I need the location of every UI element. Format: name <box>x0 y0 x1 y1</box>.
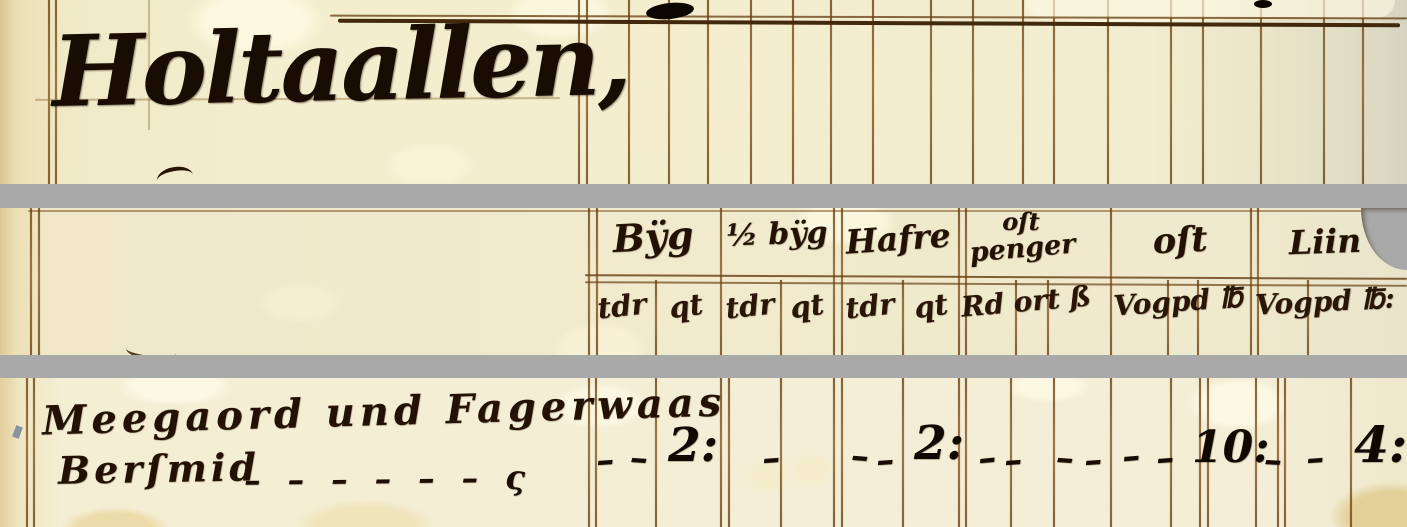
row-top-rule <box>28 210 1407 212</box>
column-rule <box>1362 0 1364 184</box>
column-rule <box>728 378 730 527</box>
paper-speck <box>12 425 23 439</box>
cell-mark: – <box>595 441 615 478</box>
column-rule <box>1110 378 1112 527</box>
separator-bar-1 <box>0 184 1407 208</box>
manuscript-scan: Holtaallen, Bÿg ½ bÿg Hafre oſt penger o… <box>0 0 1407 527</box>
subheader-ost-units: Vogpd ℔ <box>1103 283 1253 321</box>
column-rule <box>1053 0 1055 184</box>
column-header-ost: oſt <box>1109 219 1251 261</box>
column-rule <box>872 0 874 184</box>
column-rule <box>707 0 709 184</box>
column-header-hafre: Hafre <box>833 218 963 260</box>
subheader-hafre-qt: qt <box>900 288 961 325</box>
paper-torn-edge <box>1025 0 1395 18</box>
partial-stroke <box>125 339 177 355</box>
column-rule <box>750 0 752 184</box>
column-rule <box>841 378 843 527</box>
column-rule <box>830 0 832 184</box>
manuscript-strip-entry-row: Meegaord und Fagerwaas Berſmid ––––––ς –… <box>0 378 1407 527</box>
subheader-byg-tdr: tdr <box>589 289 656 325</box>
cell-mark: – <box>629 439 649 476</box>
value-liin: 4: <box>1354 420 1407 470</box>
column-rule <box>1022 0 1024 184</box>
value-byg-qt: 2: <box>668 422 718 469</box>
column-rule <box>48 0 50 184</box>
entry-name-line1: Meegaord und Fagerwaas <box>42 382 727 441</box>
ink-blot-small <box>1254 0 1272 8</box>
partial-stroke <box>155 164 194 184</box>
page-title: Holtaallen, <box>51 12 630 122</box>
cell-mark: – <box>761 439 781 476</box>
cell-mark: – <box>849 437 870 474</box>
column-rule <box>1107 0 1109 184</box>
cell-mark: – <box>1003 441 1023 478</box>
column-header-ost-penger-line2: penger <box>949 229 1096 269</box>
scan-corner <box>1361 208 1407 270</box>
column-rule <box>33 378 35 527</box>
column-rule <box>972 0 974 184</box>
column-rule <box>1170 0 1172 184</box>
column-rule <box>965 378 967 527</box>
column-rule <box>26 378 28 527</box>
manuscript-strip-heading: Holtaallen, <box>0 0 1407 184</box>
separator-bar-2 <box>0 355 1407 378</box>
leader-dashes: ––––––ς <box>244 460 552 496</box>
subheader-half-byg-tdr: tdr <box>720 289 781 324</box>
subheader-ost-penger-units: Rd ort ß <box>957 282 1095 322</box>
column-rule <box>930 0 932 184</box>
value-hafre-qt: 2: <box>914 420 964 467</box>
column-rule <box>1284 378 1286 527</box>
cell-mark: – <box>1263 442 1283 479</box>
column-rule <box>833 378 835 527</box>
column-rule <box>1202 0 1204 184</box>
cell-mark: – <box>1305 439 1325 476</box>
manuscript-strip-column-headers: Bÿg ½ bÿg Hafre oſt penger oſt Liin tdr … <box>0 208 1407 355</box>
cell-mark: – <box>1083 441 1103 478</box>
column-rule <box>902 378 904 527</box>
entry-name-line2: Berſmid <box>58 448 261 490</box>
column-rule <box>780 378 782 527</box>
column-rule <box>1323 0 1325 184</box>
column-rule <box>792 0 794 184</box>
subheader-rule-upper <box>585 274 1407 280</box>
subheader-half-byg-qt: qt <box>778 288 836 324</box>
subheader-liin-units: Vogpd ℔: <box>1249 284 1400 320</box>
cell-mark: – <box>1155 439 1175 476</box>
cell-mark: – <box>1120 437 1141 474</box>
value-ost: 10: <box>1192 426 1269 470</box>
column-rule <box>38 208 40 355</box>
column-rule <box>668 0 670 184</box>
column-rule <box>1350 378 1352 527</box>
subheader-hafre-tdr: tdr <box>837 289 904 325</box>
column-rule <box>1260 0 1262 184</box>
column-rule <box>30 208 32 355</box>
cell-mark: – <box>976 439 998 477</box>
ink-blot <box>645 1 694 22</box>
subheader-byg-qt: qt <box>653 288 718 325</box>
column-header-half-byg: ½ bÿg <box>720 218 835 252</box>
column-header-byg: Bÿg <box>587 215 719 260</box>
subheader-rule-lower <box>585 281 1407 287</box>
cell-mark: – <box>1055 439 1075 476</box>
column-rule <box>1053 378 1055 527</box>
cell-mark: – <box>875 441 895 478</box>
